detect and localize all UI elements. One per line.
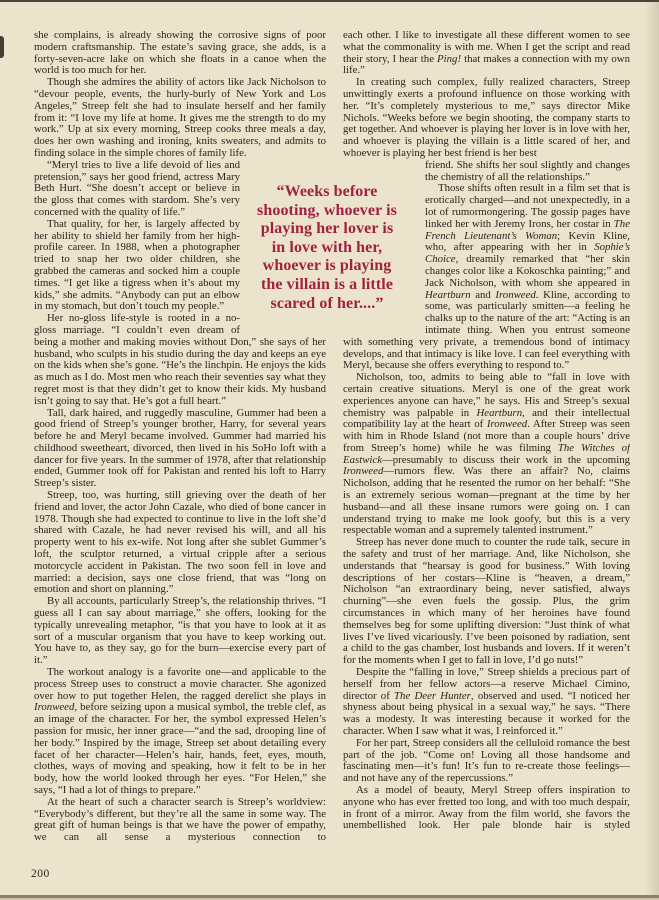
pull-quote-line: playing her lover is bbox=[231, 220, 423, 239]
pull-quote-line: whoever is playing bbox=[231, 257, 423, 276]
paragraph: Streep, too, was hurting, still grieving… bbox=[34, 490, 326, 596]
paragraph: In creating such complex, fully realized… bbox=[343, 77, 630, 160]
page-edge-top bbox=[0, 0, 659, 2]
page-edge-left-notch bbox=[0, 36, 4, 58]
paragraph: each other. I like to investigate all th… bbox=[343, 30, 630, 77]
page-number: 200 bbox=[31, 868, 50, 880]
paragraph: Tall, dark haired, and ruggedly masculin… bbox=[34, 408, 326, 491]
paragraph: Nicholson, too, admits to being able to … bbox=[343, 372, 630, 537]
magazine-page: she complains, is already showing the co… bbox=[0, 0, 659, 900]
paragraph: By all accounts, particularly Streep’s, … bbox=[34, 596, 326, 667]
left-column: she complains, is already showing the co… bbox=[34, 30, 326, 866]
right-column: each other. I like to investigate all th… bbox=[343, 30, 630, 866]
paragraph: Though she admires the ability of actors… bbox=[34, 77, 326, 160]
pull-quote-line: “Weeks before bbox=[231, 183, 423, 202]
paragraph: she complains, is already showing the co… bbox=[34, 30, 326, 77]
paragraph: For her part, Streep considers all the c… bbox=[343, 738, 630, 785]
pull-quote-line: shooting, whoever is bbox=[231, 202, 423, 221]
paragraph: The workout analogy is a favorite one—an… bbox=[34, 667, 326, 797]
pull-quote-line: in love with her, bbox=[231, 239, 423, 258]
page-edge-right-shade bbox=[645, 0, 659, 900]
paragraph: Streep has never done much to counter th… bbox=[343, 537, 630, 667]
pull-quote-line: scared of her....” bbox=[231, 295, 423, 314]
pull-quote: “Weeks before shooting, whoever is playi… bbox=[231, 183, 423, 313]
paragraph: Despite the “falling in love,” Streep sh… bbox=[343, 667, 630, 738]
paragraph: At the heart of such a character search … bbox=[34, 797, 326, 844]
paragraph: As a model of beauty, Meryl Streep offer… bbox=[343, 785, 630, 832]
pull-quote-line: the villain is a little bbox=[231, 276, 423, 295]
